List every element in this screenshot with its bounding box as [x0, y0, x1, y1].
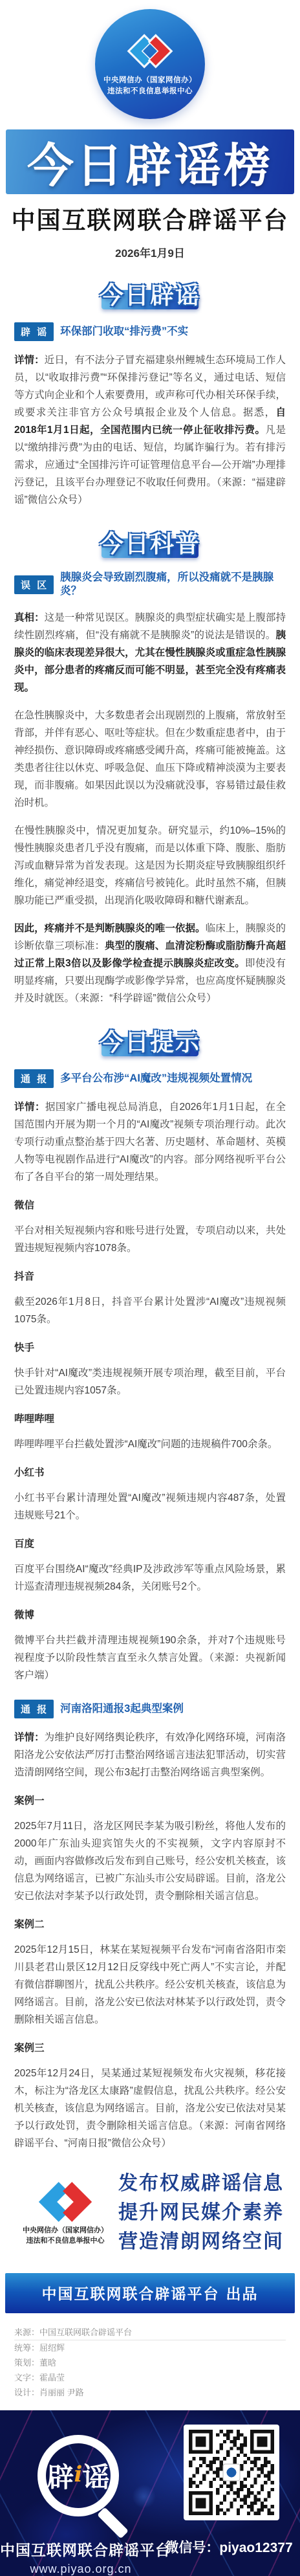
- kepu-paragraph-1: 真相：这是一种常见误区。胰腺炎的典型症状确实是上腹部持续性剧烈疼痛，但“没有痛就…: [14, 609, 286, 696]
- platform-text: 截至2026年1月8日，抖音平台累计处置涉“AI魔改”违规视频1075条。: [14, 1293, 286, 1328]
- magnifier-icon: 辟i谣: [37, 2435, 119, 2516]
- diamond-arrows-icon: [34, 2179, 96, 2225]
- report2-detail-paragraph: 详情：为维护良好网络舆论秩序，有效净化网络环境，河南洛阳洛龙公安依法严厉打击整治…: [14, 1729, 286, 1781]
- credit-row: 设计：肖丽丽 尹路: [14, 2385, 286, 2400]
- case-name: 案例一: [14, 1793, 286, 1807]
- slogan-line: 营造清朗网络空间: [116, 2227, 286, 2256]
- credit-row: 文字：霍晶莹: [14, 2370, 286, 2385]
- footer-logo-line2: 违法和不良信息举报中心: [14, 2236, 116, 2247]
- case-text: 2025年12月15日，林某在某短视频平台发布“河南省洛阳市栾川县老君山景区12…: [14, 1941, 286, 2028]
- qr-code: [184, 2425, 279, 2520]
- platform-name: 百度: [14, 1536, 286, 1550]
- item-title-piyao: 环保部门收取“排污费”不实: [60, 325, 188, 339]
- tag-badge-piyao: 辟 谣: [14, 322, 54, 341]
- footer-promo: 中央网信办（国家网信办） 违法和不良信息举报中心 发布权威辟谣信息 提升网民媒介…: [14, 2169, 286, 2256]
- logo-badge-line1: 中央网信办（国家网信办）: [103, 75, 197, 86]
- piyao-logo-char-right: 谣: [82, 2461, 109, 2493]
- section-title-tishi: 今日提示: [0, 1023, 300, 1058]
- header-logo: 中央网信办（国家网信办） 违法和不良信息举报中心: [0, 0, 300, 119]
- section-banner-kepu: 今日科普: [0, 518, 300, 559]
- orange-i-mark: i: [74, 2461, 83, 2487]
- diamond-arrows-icon: [123, 31, 177, 71]
- platform-name: 抖音: [14, 1269, 286, 1283]
- case-name: 案例二: [14, 1916, 286, 1931]
- credit-row: 策划：董晗: [14, 2355, 286, 2370]
- page-title: 今日辟谣榜: [27, 128, 273, 195]
- report1-detail-paragraph: 详情：据国家广播电视总局消息，自2026年1月1日起，在全国范围内开展为期一个月…: [14, 1098, 286, 1186]
- tag-badge-report1: 通 报: [14, 1069, 54, 1088]
- site-url: www.piyao.org.cn: [0, 2562, 162, 2576]
- case-text: 2025年7月11日，洛龙区网民李某为吸引粉丝，将他人发布的2000年广东汕头迎…: [14, 1817, 286, 1905]
- magnifier-handle: [97, 2507, 129, 2538]
- platform-text: 微博平台共拦截并清理违规视频190余条，并对7个违规账号视程度予以阶段性禁言直至…: [14, 1632, 286, 1684]
- produced-by-bar: 中国互联网联合辟谣平台 出品: [5, 2273, 295, 2313]
- masthead-banner: 今日辟谣榜: [6, 129, 294, 194]
- slogan-line: 发布权威辟谣信息: [116, 2169, 286, 2198]
- cac-report-center-logo: 中央网信办（国家网信办） 违法和不良信息举报中心: [95, 9, 205, 119]
- banner-platform-name: 中国互联网联合辟谣平台: [0, 2538, 162, 2560]
- credit-row: 来源：中国互联网联合辟谣平台: [14, 2325, 286, 2340]
- platform-text: 小红书平台累计清理处置“AI魔改”视频违规内容487条，处置违规账号21个。: [14, 1489, 286, 1524]
- page-subtitle: 中国互联网联合辟谣平台: [0, 201, 300, 236]
- credit-row: 统筹：屈绍辉: [14, 2340, 286, 2355]
- item-title-kepu: 胰腺炎会导致剧烈腹痛，所以没痛就不是胰腺炎？: [60, 571, 286, 599]
- credits-block: 来源：中国互联网联合辟谣平台 统筹：屈绍辉 策划：董晗 文字：霍晶莹 设计：肖丽…: [14, 2325, 286, 2400]
- kepu-paragraph-2: 在急性胰腺炎中，大多数患者会出现剧烈的上腹痛，常放射至背部，并伴有恶心、呕吐等症…: [14, 707, 286, 812]
- item-title-report1: 多平台公布涉“AI魔改”违规视频处置情况: [60, 1072, 252, 1085]
- magnifier-piyao-logo: 辟i谣: [32, 2434, 136, 2537]
- section-title-kepu: 今日科普: [0, 524, 300, 559]
- section-banner-piyao: 今日辟谣: [0, 269, 300, 311]
- platform-text: 哔哩哔哩平台拦截处置涉“AI魔改”问题的违规稿件700余条。: [14, 1436, 286, 1453]
- footer-slogan: 发布权威辟谣信息 提升网民媒介素养 营造清朗网络空间: [116, 2169, 286, 2256]
- tag-badge-report2: 通 报: [14, 1700, 54, 1718]
- platform-text: 快手针对“AI魔改”类违规视频开展专项治理，截至目前，平台已处置违规内容1057…: [14, 1364, 286, 1399]
- kepu-paragraph-3: 在慢性胰腺炎中，情况更加复杂。研究显示，约10%–15%的慢性胰腺炎患者几乎没有…: [14, 822, 286, 909]
- bottom-banner: 辟i谣 中国互联网联合辟谣平台 www.piyao.org.cn 微信号：piy…: [0, 2410, 300, 2576]
- case-text: 2025年12月24日，吴某通过某短视频发布火灾视频，移花接木，标注为“洛龙区太…: [14, 2065, 286, 2152]
- platform-name: 微信: [14, 1197, 286, 1212]
- piyao-logo-char-left: 辟: [47, 2461, 74, 2493]
- footer-logo-line1: 中央网信办（国家网信办）: [14, 2225, 116, 2236]
- platform-text: 平台对相关短视频内容和账号进行处置，专项启动以来，共处置违规短视频内容1078条…: [14, 1222, 286, 1257]
- page-date: 2026年1月9日: [0, 244, 300, 260]
- platform-text: 百度平台围绕AI“魔改”经典IP及涉政涉军等重点风险场景，累计巡查清理违规视频2…: [14, 1560, 286, 1595]
- section-title-piyao: 今日辟谣: [0, 276, 300, 311]
- platform-name: 微博: [14, 1607, 286, 1621]
- item-title-report2: 河南洛阳通报3起典型案例: [60, 1702, 184, 1716]
- platform-name: 快手: [14, 1340, 286, 1354]
- wechat-id: 微信号：piyao12377: [164, 2537, 294, 2557]
- slogan-line: 提升网民媒介素养: [116, 2198, 286, 2227]
- case-name: 案例三: [14, 2040, 286, 2054]
- footer-logo: 中央网信办（国家网信办） 违法和不良信息举报中心: [14, 2179, 116, 2247]
- platform-name: 小红书: [14, 1465, 286, 1479]
- logo-badge-line2: 违法和不良信息举报中心: [107, 86, 193, 97]
- piyao-detail-paragraph: 详情：近日，有不法分子冒充福建泉州鲤城生态环境局工作人员，以“收取排污费”“环保…: [14, 351, 286, 509]
- tag-badge-kepu: 误 区: [14, 575, 54, 594]
- section-banner-tishi: 今日提示: [0, 1016, 300, 1058]
- kepu-paragraph-4: 因此，疼痛并不是判断胰腺炎的唯一依据。临床上，胰腺炎的诊断依靠三项标准：典型的腹…: [14, 920, 286, 1007]
- platform-name: 哔哩哔哩: [14, 1411, 286, 1425]
